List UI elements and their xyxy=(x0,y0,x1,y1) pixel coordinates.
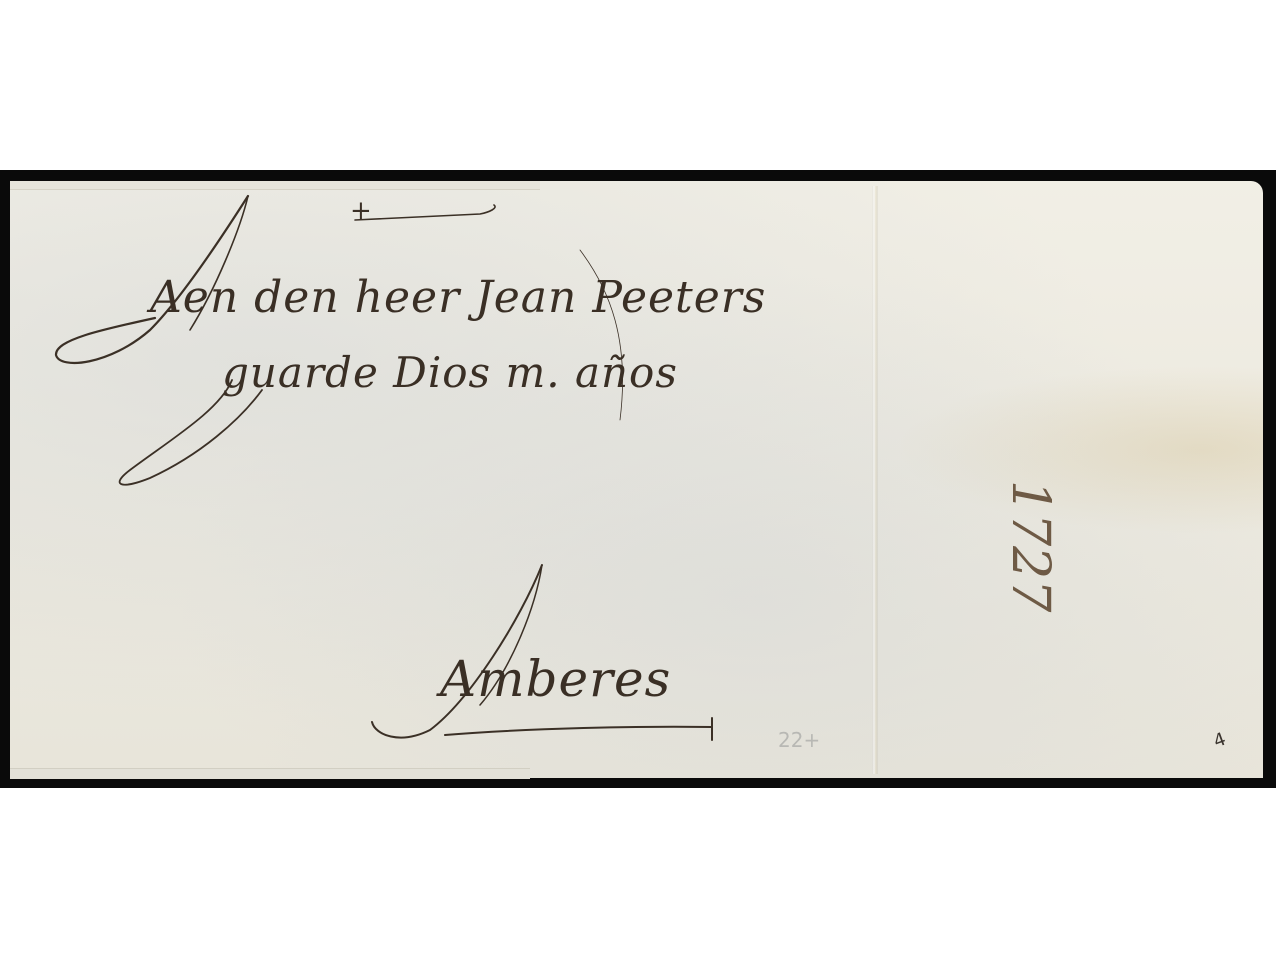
letter-bottom-flap xyxy=(10,768,530,779)
docketing-year: 1727 xyxy=(1000,480,1060,612)
letter-top-flap xyxy=(10,181,540,190)
fold-line xyxy=(872,186,878,774)
cross-mark: + xyxy=(350,196,372,226)
destination-city: Amberes xyxy=(440,650,671,708)
address-line-1: Aen den heer Jean Peeters xyxy=(150,272,766,323)
pencil-note: 22+ xyxy=(778,728,820,752)
address-line-2: guarde Dios m. años xyxy=(222,348,678,397)
